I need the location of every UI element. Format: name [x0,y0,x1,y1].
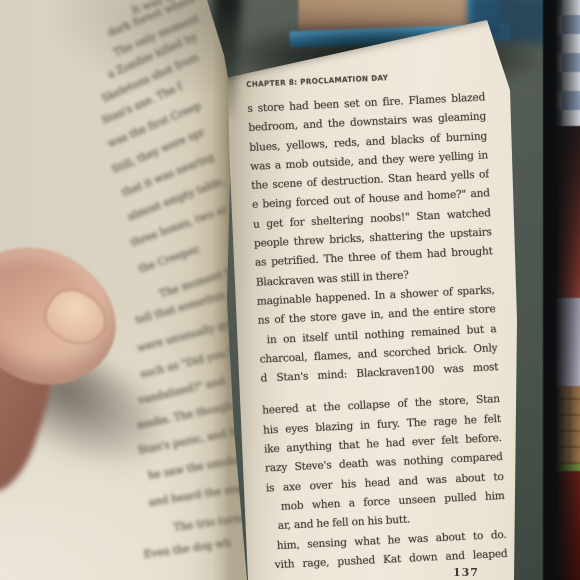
chapter-header: CHAPTER 8: PROCLAMATION DAY [246,69,472,89]
thumb-nail [39,282,113,353]
left-page-text-line: and heard the angr [148,481,250,509]
left-page-text-line: The moment he [158,264,239,301]
left-page-text-line: The trio turne [173,512,247,534]
page-number: 137 [453,566,479,579]
left-page-text-line: the Creeper. [137,243,202,275]
body-text: s store had been set on fire. Flames bla… [247,88,508,575]
left-page-text-line: Even the dog wh [143,537,232,561]
left-page-text-line: tell that somethin [134,290,226,327]
background-book-striped [543,0,580,580]
right-page-text: CHAPTER 8: PROCLAMATION DAY s store had … [246,68,508,575]
photo-scene: CHAPTER 8: PROCLAMATION DAY s store had … [0,0,580,580]
striped-book-spine-edge [543,0,580,580]
